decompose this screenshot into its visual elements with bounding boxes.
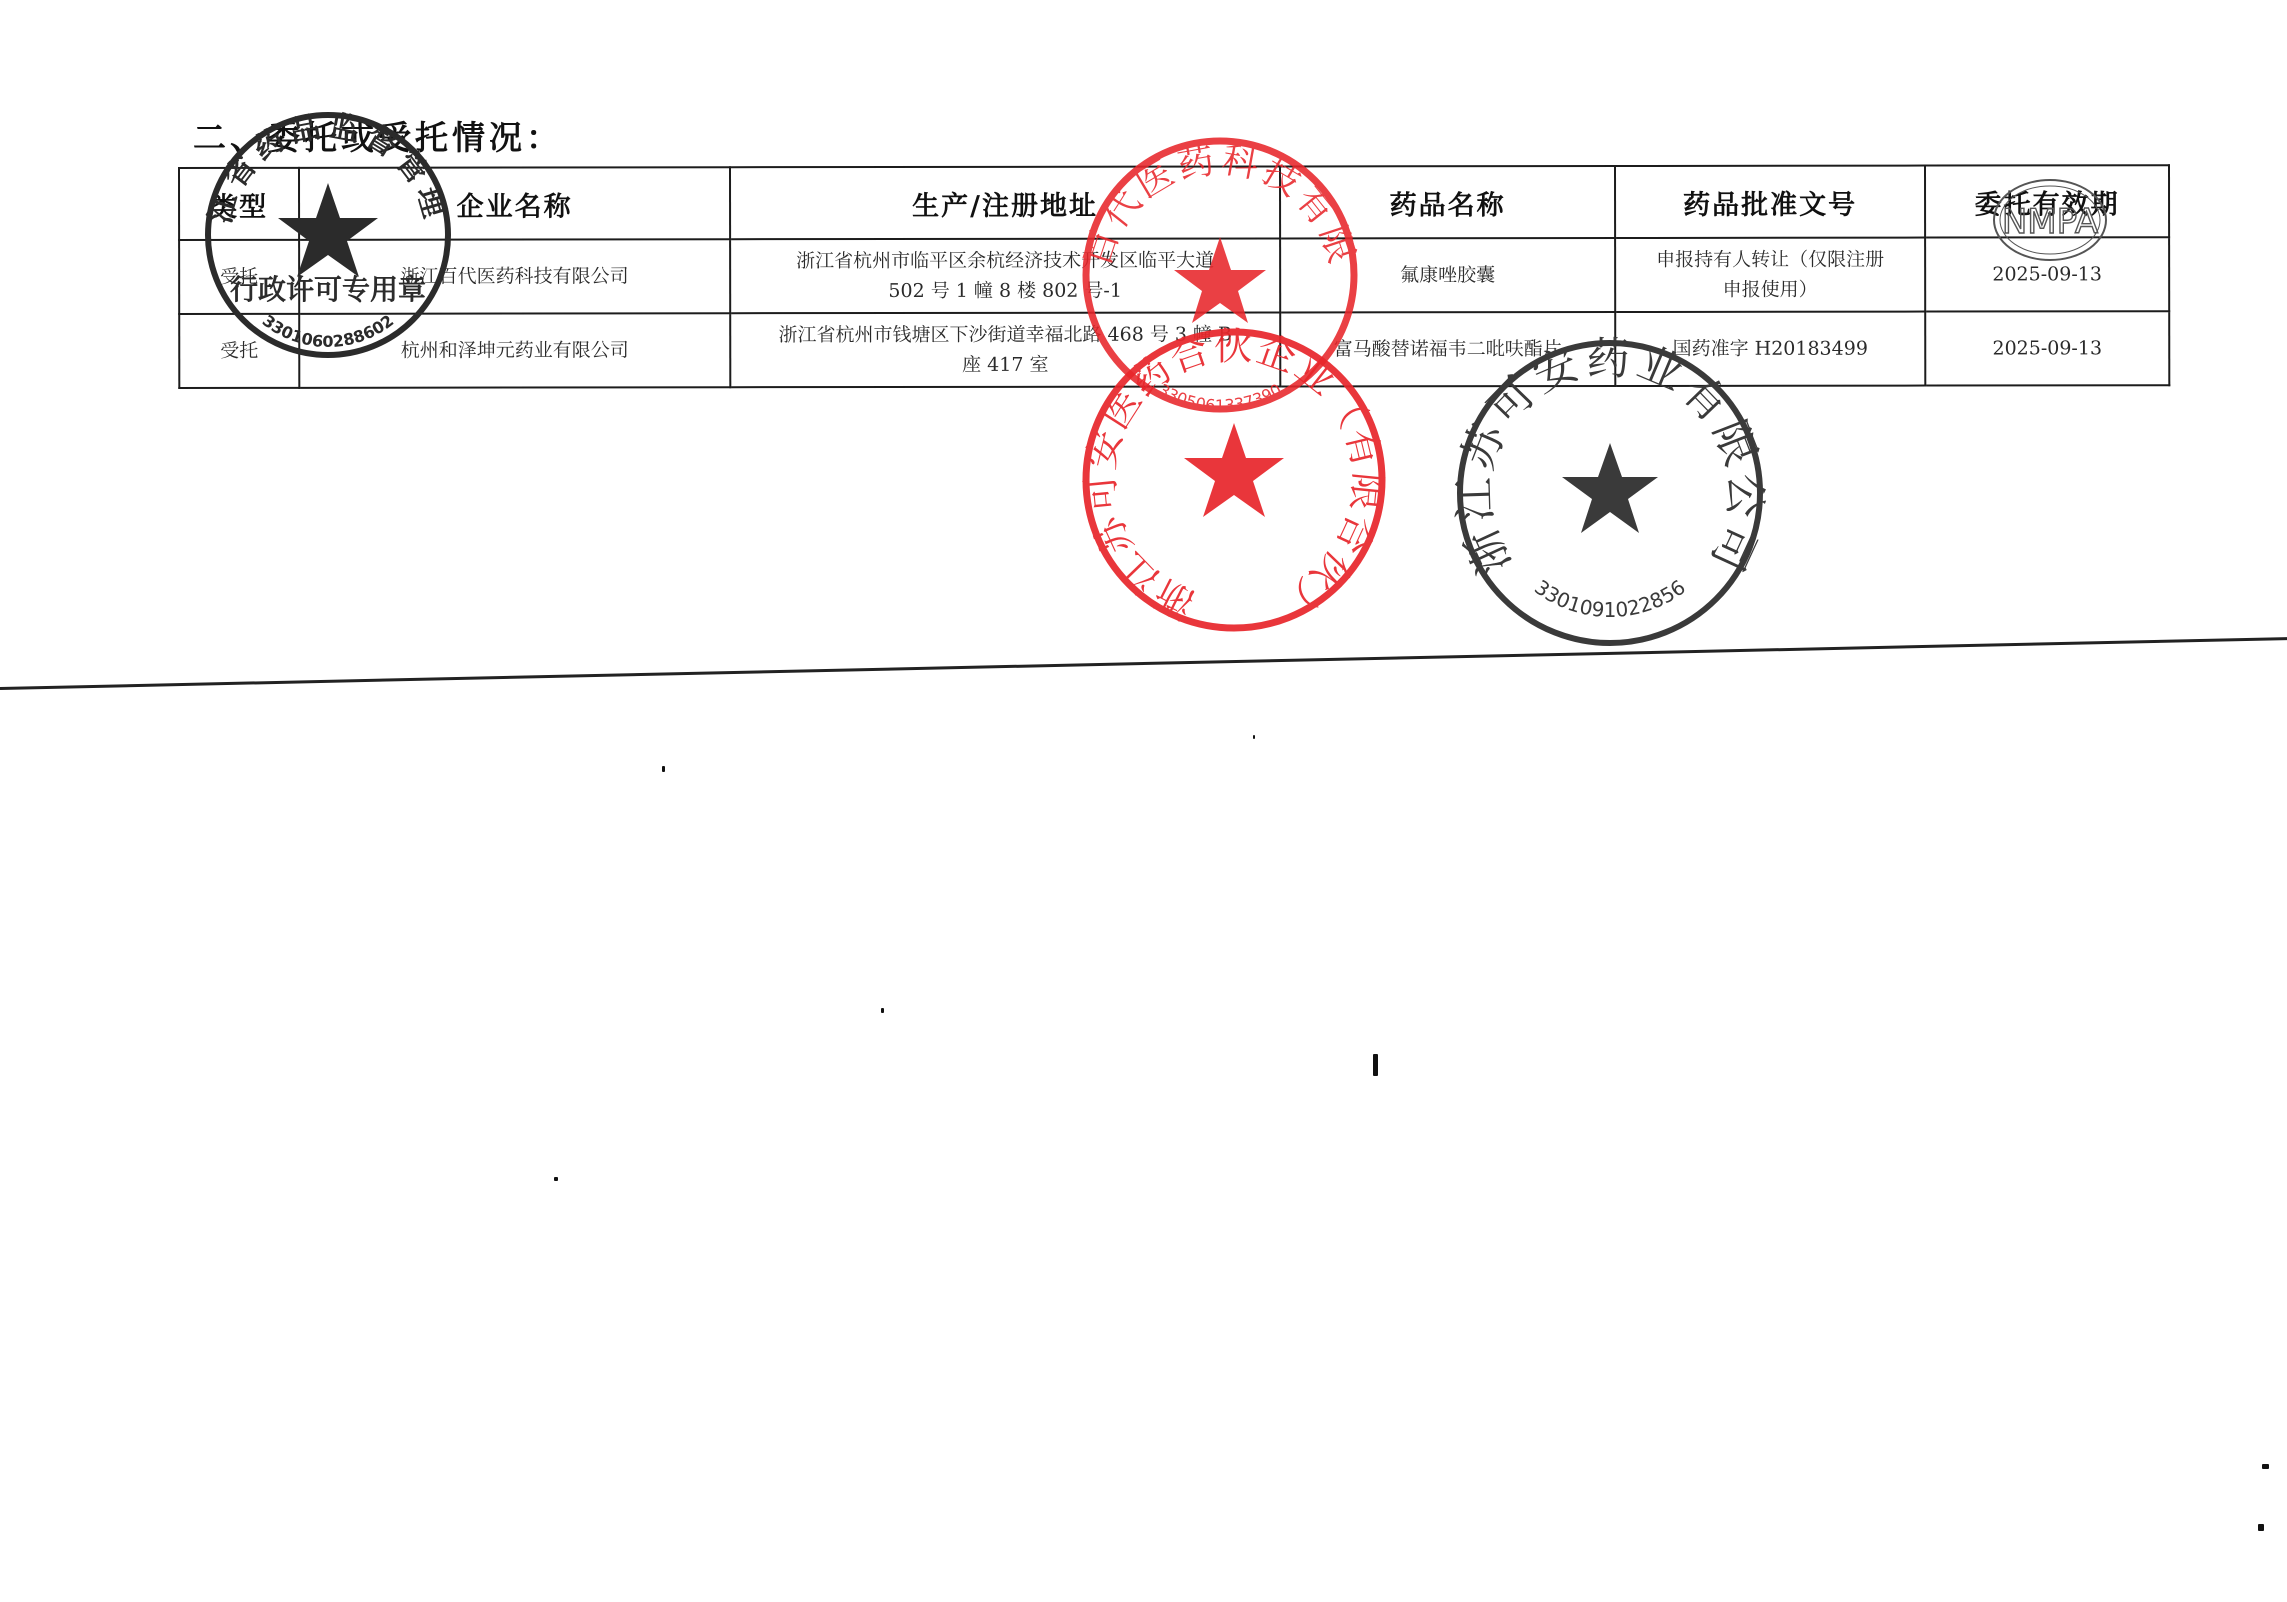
cell-company: 杭州和泽坤元药业有限公司 bbox=[299, 313, 730, 388]
address-line-1: 浙江省杭州市临平区余杭经济技术开发区临平大道 bbox=[737, 245, 1273, 276]
cell-company: 浙江百代医药科技有限公司 bbox=[299, 239, 730, 314]
approval-line-1: 国药准字 H20183499 bbox=[1622, 334, 1918, 364]
scan-speck bbox=[2262, 1464, 2269, 1469]
address-line-1: 浙江省杭州市钱塘区下沙街道幸福北路 468 号 3 幢 B bbox=[737, 319, 1273, 350]
header-company: 企业名称 bbox=[299, 167, 730, 240]
scan-speck bbox=[662, 766, 665, 772]
header-type: 类型 bbox=[179, 168, 299, 240]
cell-approval-number: 国药准字 H20183499 bbox=[1615, 312, 1925, 386]
header-address: 生产/注册地址 bbox=[730, 166, 1280, 239]
scan-speck bbox=[1373, 1054, 1378, 1076]
cell-type: 受托 bbox=[179, 314, 299, 388]
approval-line-1: 申报持有人转让（仅限注册 bbox=[1622, 245, 1918, 275]
cell-valid-until: 2025-09-13 bbox=[1925, 311, 2169, 385]
cell-drug-name: 富马酸替诺福韦二吡呋酯片 bbox=[1280, 312, 1615, 386]
section-title: 二、委托或受托情况： bbox=[193, 112, 563, 159]
address-line-2: 502 号 1 幢 8 楼 802 号-1 bbox=[737, 275, 1273, 306]
document-page: 二、委托或受托情况： 类型 企业名称 生产/注册地址 药品名称 药品批准文号 委… bbox=[0, 0, 2287, 1602]
address-line-2: 座 417 室 bbox=[737, 349, 1273, 380]
cell-approval-number: 申报持有人转让（仅限注册 申报使用） bbox=[1615, 238, 1925, 312]
scan-speck bbox=[1253, 735, 1255, 739]
scan-speck bbox=[554, 1177, 558, 1181]
header-approval-number: 药品批准文号 bbox=[1615, 166, 1925, 238]
scan-speck bbox=[881, 1008, 884, 1013]
cell-address: 浙江省杭州市临平区余杭经济技术开发区临平大道 502 号 1 幢 8 楼 802… bbox=[730, 238, 1280, 313]
scan-speck bbox=[2258, 1524, 2264, 1531]
svg-text:3301091022856: 3301091022856 bbox=[1530, 575, 1690, 622]
approval-line-2: 申报使用） bbox=[1622, 275, 1918, 305]
company-seal-right-code: 3301091022856 bbox=[1530, 575, 1690, 622]
table-row: 受托 杭州和泽坤元药业有限公司 浙江省杭州市钱塘区下沙街道幸福北路 468 号 … bbox=[179, 311, 2169, 388]
entrustment-table-wrapper: 类型 企业名称 生产/注册地址 药品名称 药品批准文号 委托有效期 受托 浙江百… bbox=[178, 164, 2168, 384]
header-drug-name: 药品名称 bbox=[1280, 166, 1615, 238]
cell-address: 浙江省杭州市钱塘区下沙街道幸福北路 468 号 3 幢 B 座 417 室 bbox=[730, 312, 1280, 387]
cell-drug-name: 氟康唑胶囊 bbox=[1280, 238, 1615, 312]
table-header-row: 类型 企业名称 生产/注册地址 药品名称 药品批准文号 委托有效期 bbox=[179, 165, 2169, 240]
page-divider-line bbox=[0, 637, 2287, 689]
entrustment-table: 类型 企业名称 生产/注册地址 药品名称 药品批准文号 委托有效期 受托 浙江百… bbox=[178, 164, 2170, 389]
header-valid-until: 委托有效期 bbox=[1925, 165, 2169, 237]
cell-valid-until: 2025-09-13 bbox=[1925, 237, 2169, 311]
cell-type: 受托 bbox=[179, 240, 299, 314]
table-row: 受托 浙江百代医药科技有限公司 浙江省杭州市临平区余杭经济技术开发区临平大道 5… bbox=[179, 237, 2169, 314]
